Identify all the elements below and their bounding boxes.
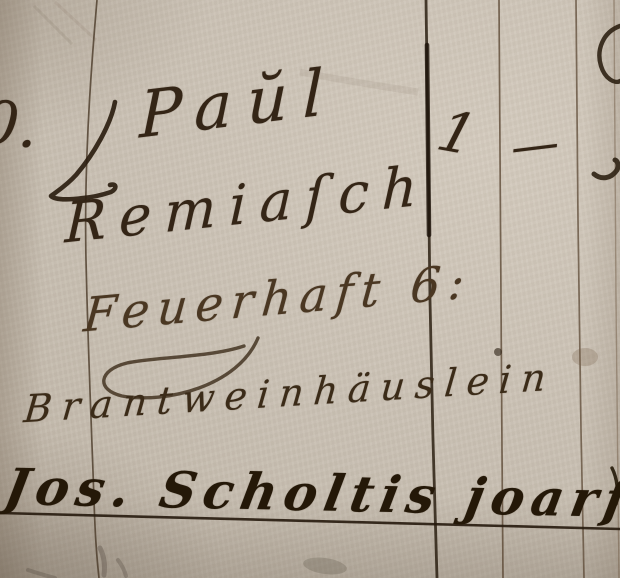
next-entry-line: Jos. Scholtis joarf: co <box>1 462 620 528</box>
ink-blot-on-rule <box>494 348 502 356</box>
paper-stain-right <box>572 348 598 366</box>
pencil-smudge-bottom-left-2 <box>118 560 126 576</box>
pencil-smudge-bottom-left-3 <box>28 570 55 578</box>
handwritten-ledger-photo: 0. Paŭl Remiaſch Feuerhaft 6: Brantweinh… <box>0 0 620 578</box>
cut-off-glyph-top-right <box>599 26 620 82</box>
amount-column-2-dash: — <box>508 118 561 171</box>
paper-smudge-bottom-center <box>302 555 348 577</box>
entry-bracket-flourish <box>51 102 115 199</box>
pencil-smudge-bottom-left-1 <box>100 548 105 575</box>
margin-number-fragment: 0. <box>0 92 41 158</box>
